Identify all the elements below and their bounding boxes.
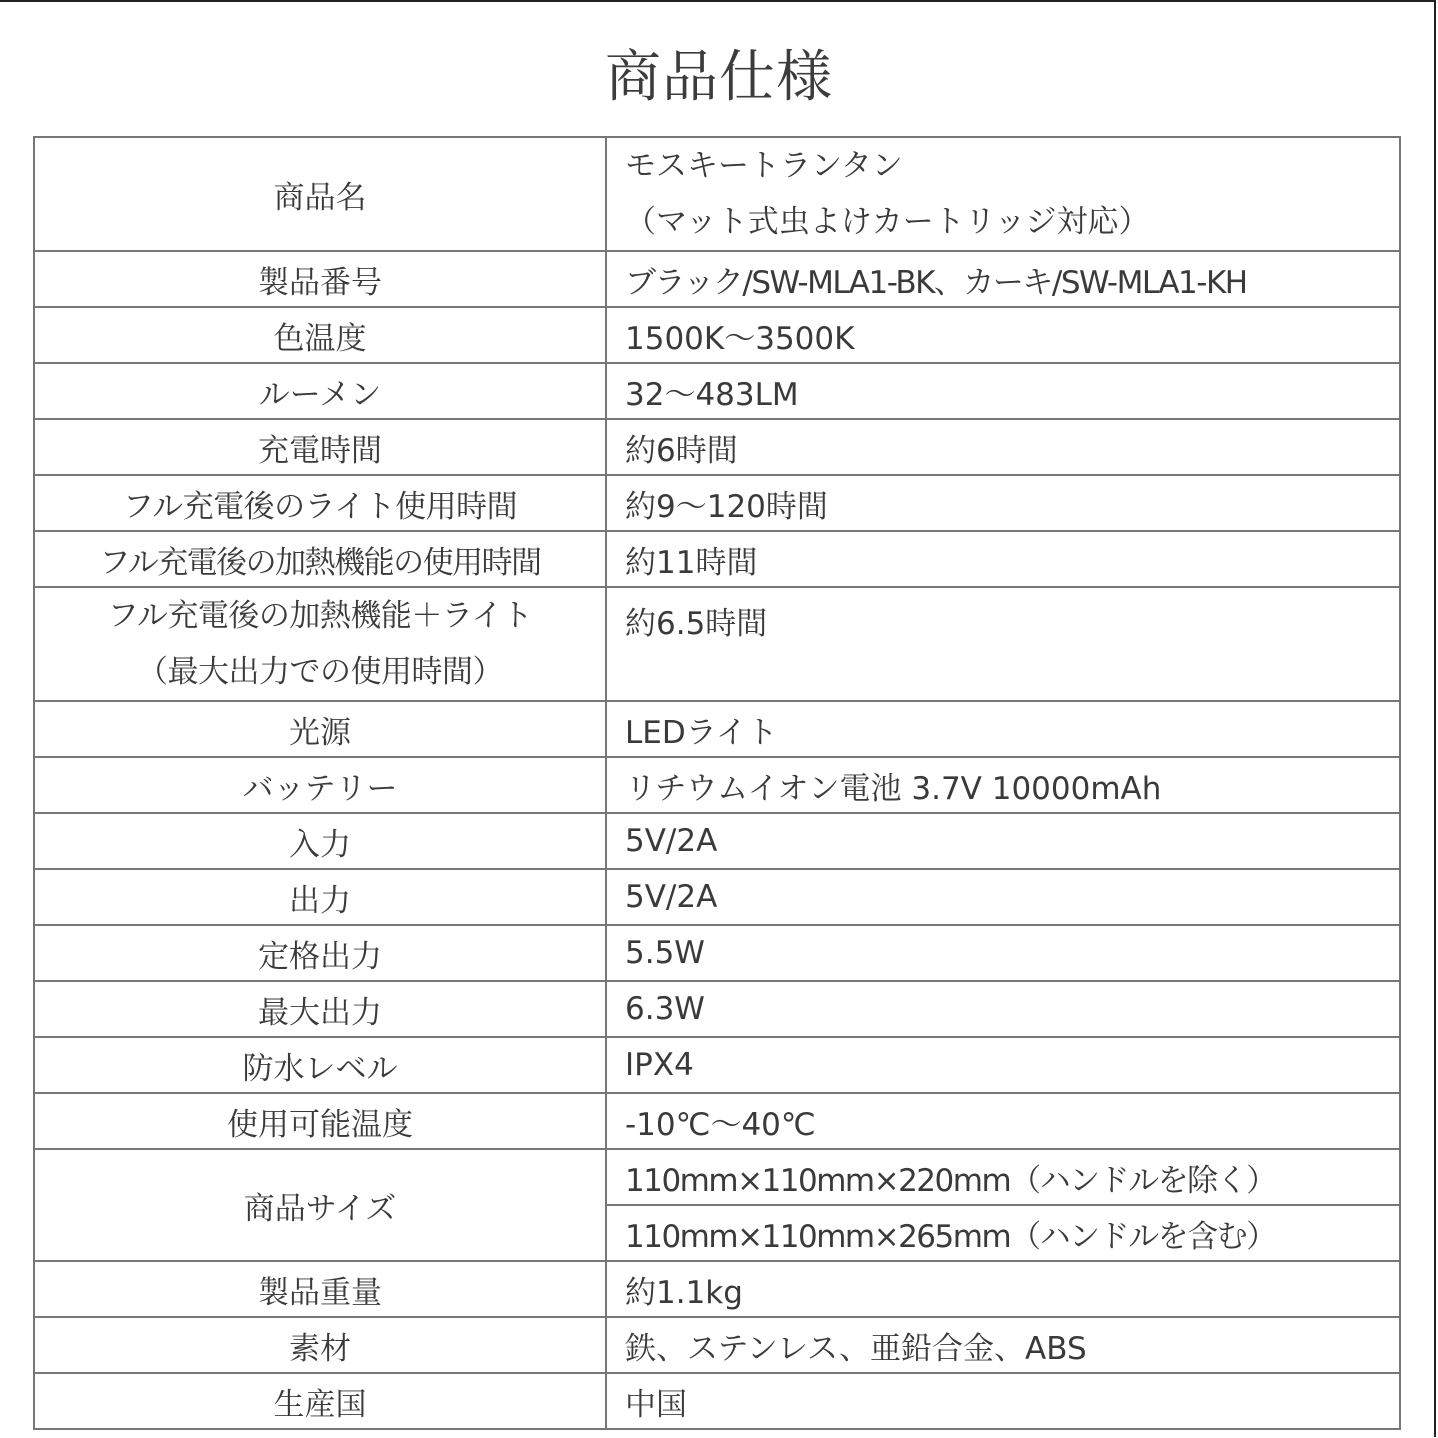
row-label: バッテリー [34,757,606,813]
table-row: 最大出力 6.3W [34,981,1400,1037]
row-value: 110mm×110mm×220mm（ハンドルを除く） [606,1149,1400,1205]
row-value: 110mm×110mm×265mm（ハンドルを含む） [606,1205,1400,1261]
table-row: フル充電後の加熱機能＋ライト （最大出力での使用時間） 約6.5時間 [34,587,1400,701]
row-label: 製品重量 [34,1261,606,1317]
row-label: ルーメン [34,363,606,419]
value-line: モスキートランタン [625,138,1399,194]
value-line: 約6.5時間 [625,606,767,642]
row-label: 入力 [34,813,606,869]
label-line: フル充電後の加熱機能＋ライト [35,588,605,644]
row-label: フル充電後の加熱機能＋ライト （最大出力での使用時間） [34,587,606,701]
table-row: バッテリー リチウムイオン電池 3.7V 10000mAh [34,757,1400,813]
row-label: フル充電後の加熱機能の使用時間 [34,531,606,587]
table-row: 製品重量 約1.1kg [34,1261,1400,1317]
table-row: 防水レベル IPX4 [34,1037,1400,1093]
row-value: IPX4 [606,1037,1400,1093]
row-value: 5V/2A [606,869,1400,925]
row-value: 約6.5時間 [606,587,1400,701]
table-row: 充電時間 約6時間 [34,419,1400,475]
row-label: 商品サイズ [34,1149,606,1261]
row-label: 使用可能温度 [34,1093,606,1149]
row-label: 色温度 [34,307,606,363]
table-row: 定格出力 5.5W [34,925,1400,981]
row-label: 素材 [34,1317,606,1373]
row-value: LEDライト [606,701,1400,757]
table-row: ルーメン 32～483LM [34,363,1400,419]
row-value: 約6時間 [606,419,1400,475]
table-row: 商品サイズ 110mm×110mm×220mm（ハンドルを除く） [34,1149,1400,1205]
table-row: 生産国 中国 [34,1373,1400,1429]
row-value: 5V/2A [606,813,1400,869]
table-row: フル充電後のライト使用時間 約9～120時間 [34,475,1400,531]
row-value: -10℃～40℃ [606,1093,1400,1149]
row-label: 生産国 [34,1373,606,1429]
table-row: 商品名 モスキートランタン （マット式虫よけカートリッジ対応） [34,137,1400,251]
row-label: 定格出力 [34,925,606,981]
row-label: 最大出力 [34,981,606,1037]
table-row: 素材 鉄、ステンレス、亜鉛合金、ABS [34,1317,1400,1373]
row-value: リチウムイオン電池 3.7V 10000mAh [606,757,1400,813]
row-value: 6.3W [606,981,1400,1037]
table-row: 色温度 1500K～3500K [34,307,1400,363]
row-value: 32～483LM [606,363,1400,419]
label-line: （最大出力での使用時間） [35,644,605,700]
table-row: 入力 5V/2A [34,813,1400,869]
table-row: 光源 LEDライト [34,701,1400,757]
row-value: ブラック/SW-MLA1-BK、カーキ/SW-MLA1-KH [606,251,1400,307]
row-label: 製品番号 [34,251,606,307]
row-value: 約9～120時間 [606,475,1400,531]
table-row: 製品番号 ブラック/SW-MLA1-BK、カーキ/SW-MLA1-KH [34,251,1400,307]
row-value: 中国 [606,1373,1400,1429]
row-label: 光源 [34,701,606,757]
row-value: モスキートランタン （マット式虫よけカートリッジ対応） [606,137,1400,251]
row-label: 商品名 [34,137,606,251]
row-value: 1500K～3500K [606,307,1400,363]
row-label: フル充電後のライト使用時間 [34,475,606,531]
row-value: 約1.1kg [606,1261,1400,1317]
row-value: 約11時間 [606,531,1400,587]
value-line: （マット式虫よけカートリッジ対応） [625,194,1399,250]
row-label: 出力 [34,869,606,925]
table-row: 使用可能温度 -10℃～40℃ [34,1093,1400,1149]
row-value: 鉄、ステンレス、亜鉛合金、ABS [606,1317,1400,1373]
table-row: フル充電後の加熱機能の使用時間 約11時間 [34,531,1400,587]
table-row: 出力 5V/2A [34,869,1400,925]
row-label: 充電時間 [34,419,606,475]
spec-table: 商品名 モスキートランタン （マット式虫よけカートリッジ対応） 製品番号 ブラッ… [33,136,1401,1430]
row-value: 5.5W [606,925,1400,981]
row-label: 防水レベル [34,1037,606,1093]
page-title: 商品仕様 [0,38,1438,118]
